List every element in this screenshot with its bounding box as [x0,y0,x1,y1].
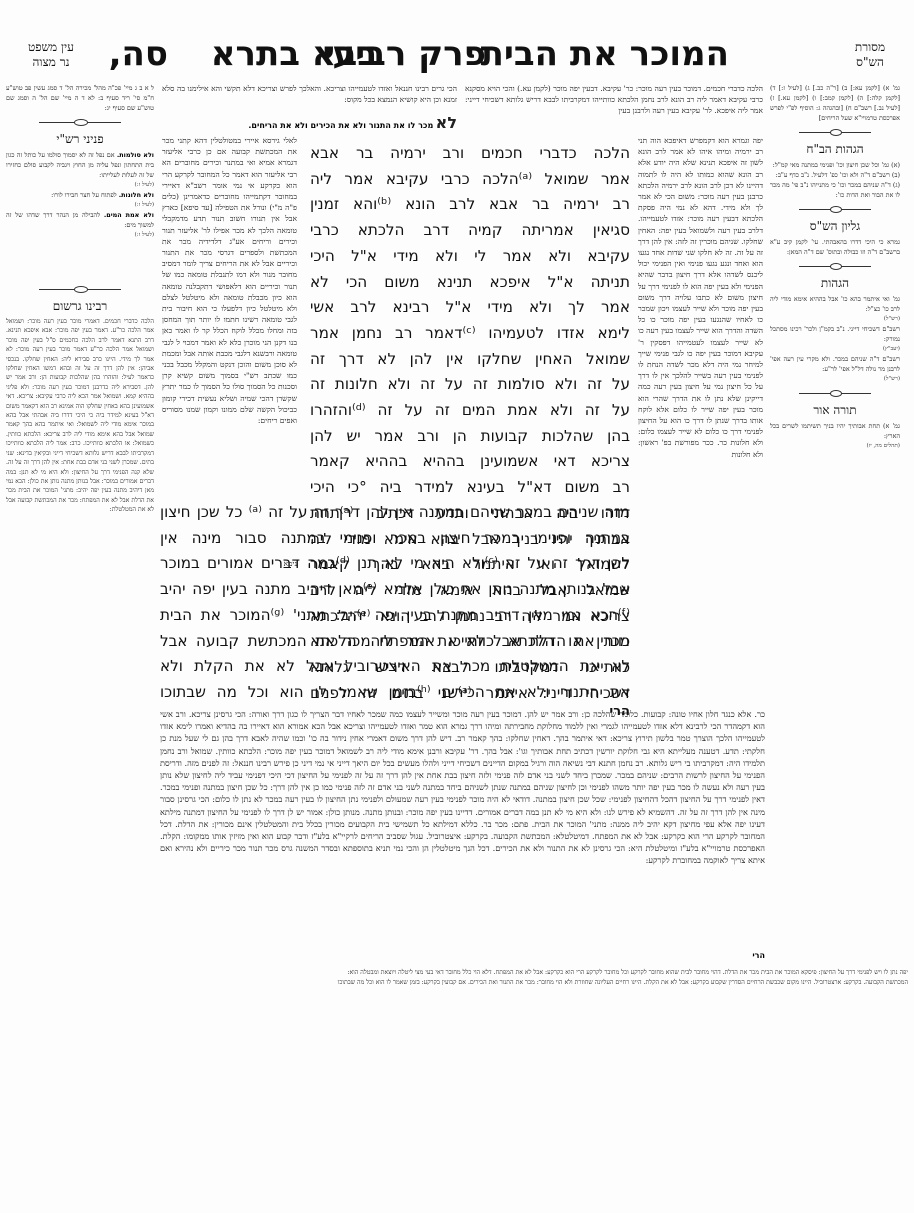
gemara-line: סגיאין אמריתה קמיה דרב הלכתא כרבי [310,218,630,244]
ornament-divider [770,204,900,214]
tractate-title: בבא בתרא [211,34,378,74]
gemara-line: שמואל האחין שחלקו אין להן לא דרך זה [310,347,630,373]
spacer [6,240,154,280]
masoret-hashas-text: גמ' א) [לקמן עא:] ב) [ר"ה כב.] ג) [לעיל … [770,83,900,123]
tosafot-column: לאלי גירסא איירי במטולטלין דהא קתני מכר … [162,135,297,555]
gemara-line: עקיבא ולא אמר לי ולא מידי א"ל היכי [310,244,630,270]
gemara-line: בהן שהלכות קבועות הן ורב אמר יש להן [310,424,630,450]
gemara-line: מכר את הדלת אבל לא את המפתח מכר את המכתש… [160,629,630,655]
pninei-rashi-source: (לעיל ז:) [6,180,154,190]
pninei-rashi-dibur: ולא סולמות. [117,151,154,159]
left-margin: ל א ב ג מיי' פכ"ה מהל' מכירה הל' ד סמג ע… [6,83,154,963]
pninei-rashi-item: ולא אמת המים. להבילה מן הנהר דרך שדהו של… [6,210,154,240]
hashas-label: הש"ס [838,55,902,70]
masoret-label: מסורת [838,40,902,55]
tosafot-dibur-hamatchil: לא מכר לו את התנור ולא את הכירים ולא את … [162,117,457,131]
ornament-divider [770,261,900,271]
gemara-line: תניתה א"ל איפכא תנינא משום הכי לא [310,270,630,296]
rashi-intro: הלכה כדברי חכמים. דמוכר בעין רעה מוכר: כ… [465,83,763,133]
gemara-line: רב ירמיה בר אבא לרב הונא ⁽ᵇ⁾והא זמנין [310,192,630,218]
gilyon-hashas-text: גמרא כי היכי דדרו בהאבהתי. עי' לקמן קיב … [770,237,900,257]
hagahot-bach-heading: הגהות הב"ח [770,141,900,157]
footer-line-2-text: המכתשת הקבועה. בקרקע: ארצטרוביל. היינו מ… [338,979,908,986]
tosafot-dibur-rest: מכר לו את התנור ולא את הכירים ולא את הרי… [248,121,433,130]
rashbam-catchword-text: הרי [752,951,765,960]
hagahot-bach-item: (ב) רשב"ם ד"ה ולא וכו' כפ' דלעיל. נ"ב כד… [770,170,900,180]
gemara-line: במתנה ופנימי במכר חיצון במכר ופנימי במתנ… [160,526,630,552]
footer-line-1-text: יפה נתן לו ויש לפנימי דרך על החיצון: פיס… [347,969,908,976]
hagahot-item: רשב"ם דשכיחי דייני. נ"ב בקמ"ן ולכר' רכינ… [770,324,900,354]
gemara-line: אבל בנותן מתנה נותן את כולן אלמא ⁽ᵉ⁾מאן … [160,577,630,603]
ornament-divider [770,127,900,137]
torah-or-source: (תהלים מה, יז) [770,441,900,451]
pninei-rashi-dibur: ולא חלונות. [119,191,154,199]
gemara-line: על זה ולא סולמות זה על זה ולא חלונות זה [310,372,630,398]
ornament-divider [6,117,154,127]
pninei-rashi-source: (לעיל ז:) [6,230,154,240]
pninei-rashi-text: לפתוח על חצר חבירו לורו: [51,191,117,199]
pninei-rashi-item: ולא סולמות. אם נפל זה לא יסמוך סולמו על … [6,150,154,190]
gemara-line: מזה שניהם במכר שניהם במתנה אין להן דרך ז… [160,500,630,526]
ein-mishpat-entries: ל א ב ג מיי' פכ"ה מהל' מכירה הל' ד סמג ע… [6,83,154,113]
tosafot-lead-word: לא [436,117,457,131]
gemara-line: על זה ולא אמת המים זה על זה ⁽ᵈ⁾והזהרו [310,398,630,424]
rabbeinu-gershom-heading: רבינו גרשום [6,298,154,314]
masoret-hashas-header: מסורת הש"ס [838,40,902,70]
rabbeinu-gershom-text: הלכה כדברי חכמים. דאמרי מוכר בעין רעה מו… [6,317,154,515]
hagahot-item: רשב"ם ד"ה שניהם במכר. ולא מקרי עין רעה א… [770,354,900,384]
hagahot-source: (רש"ל) [770,314,900,324]
hagahot-source: (רש"ל) [770,374,900,384]
ornament-divider [770,388,900,398]
torah-or-text: גמ' א) תחת אבותיך יהיו בניך תשיתמו לשרים… [770,421,900,441]
ein-mishpat-header: עין משפט נר מצוה [16,40,86,70]
footer-line-1: יפה נתן לו ויש לפנימי דרך על החיצון: פיס… [10,968,908,978]
ein-mishpat-label: עין משפט [16,40,86,55]
gemara-line: לימא אזדו לטעמיהו ⁽ᶜ⁾דאמר רב נחמן אמר [310,321,630,347]
chapter-title: המוכר את הבית [481,34,729,74]
ner-mitzvah-label: נר מצוה [16,55,86,70]
hagahot-text: רשב"ם ד"ה שניהם במכר. ולא מקרי עין רעה א… [770,355,900,373]
hagahot-bach-item: (א) גמ' וכל שכן חיצון וכו' ופנימי במתנה … [770,160,900,170]
rashi-column: יפה וגמרא הוא דקמפרש דאיפכא הוה תני רב י… [638,135,763,665]
footer-piska: יפה נתן לו ויש לפנימי דרך על החיצון: פיס… [10,968,908,988]
hagahot-text: רשב"ם דשכיחי דייני. נ"ב בקמ"ן ולכר' רכינ… [770,325,900,343]
gemara-line: להן דרך זה על זה ⁽ᶜ⁾ולא היא מי לא תנן ⁽ᵈ… [160,551,630,577]
gemara-line: הלכה כדברי חכמים ורב ירמיה בר אבא [310,141,630,167]
footer-line-2: המכתשת הקבועה. בקרקע: ארצטרוביל. היינו מ… [10,978,908,988]
pninei-rashi-item: ולא חלונות. לפתוח על חצר חבירו לורו: (לע… [6,190,154,210]
hagahot-bach-item: (ג) ד"ה שניהם במכר וכו' כי מתנייהו נ"ב פ… [770,180,900,200]
torah-or-heading: תורה אור [770,402,900,418]
hagahot-item: גמ' ואי איתמר בהא כו' אבל בההיא אימא מוד… [770,294,900,324]
hagahot-heading: הגהות [770,275,900,291]
gemara-line: רב משום דא"ל בעינא למידר ביה °כי היכי [310,475,630,501]
spacer [160,660,765,708]
gemara-line: אמר שמואל ⁽ᵃ⁾הלכה כרבי עקיבא אמר ליה [310,167,630,193]
pninei-rashi-dibur: ולא אמת המים. [104,211,154,219]
ornament-divider [6,284,154,294]
gemara-line: ⁽ᶠ⁾הכא נמי מאן דיהיב מתנה בעין יפה יהיב:… [160,603,630,629]
folio-number: סה, [109,34,168,74]
gilyon-hashas-heading: גליון הש"ס [770,218,900,234]
pninei-rashi-source: (לעיל ז:) [6,200,154,210]
rashbam-lower-text: כר. אלא כנגד חלון אחיו טונה: קבועות. כלו… [160,708,765,867]
rashbam-catchword: הרי [160,950,765,964]
hagahot-source: (יעב"ץ) [770,344,900,354]
gemara-line: צריכא דאי אשמועינן בההיא בההיא קאמר [310,449,630,475]
pninei-rashi-heading: פניני רש"י [6,131,154,147]
rashbam-lower-block: כר. אלא כנגד חלון אחיו טונה: קבועות. כלו… [160,660,765,948]
hagahot-text: גמ' ואי איתמר בהא כו' אבל בההיא אימא מוד… [770,295,900,313]
right-margin: גמ' א) [לקמן עא:] ב) [ר"ה כב.] ג) [לעיל … [770,83,900,683]
gemara-line: אמר לך ולא מידי א"ל רבינא לרב אשי [310,295,630,321]
tosafot-intro: הכי גרים רבינו חננאל ואזדו לטעמייהו וצרי… [162,83,457,117]
